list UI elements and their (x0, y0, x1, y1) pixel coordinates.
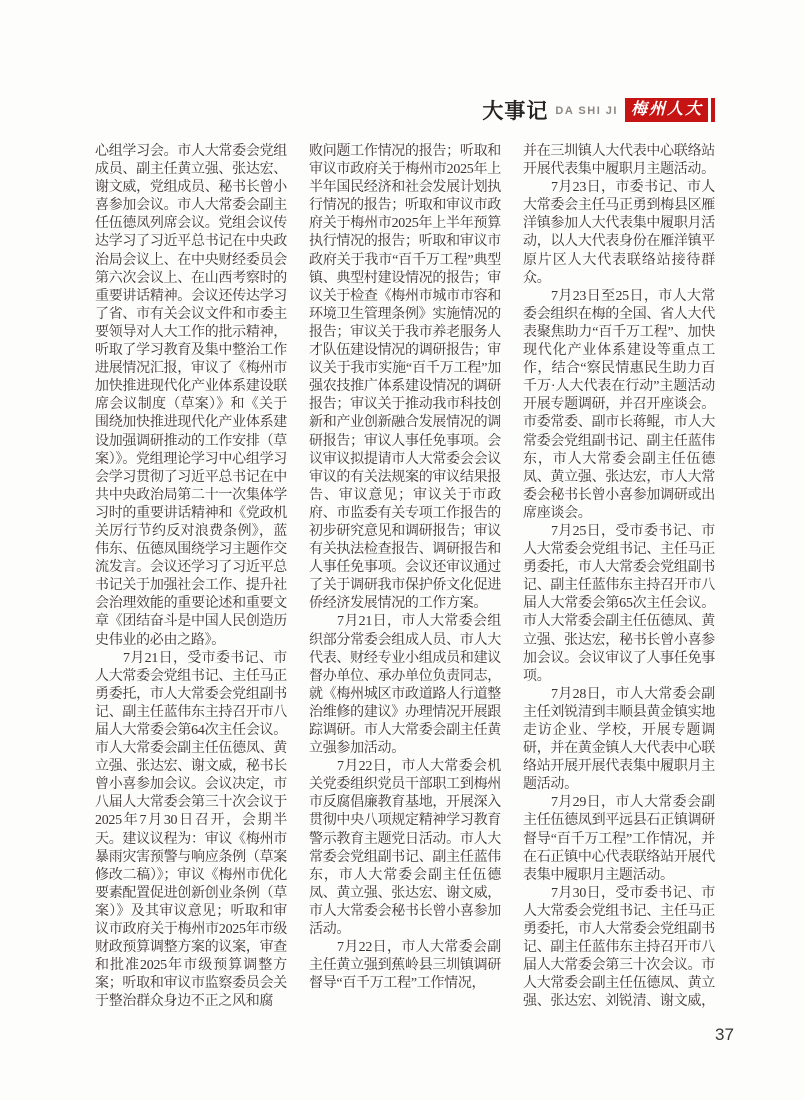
paragraph: 败问题工作情况的报告；听取和审议市政府关于梅州市2025年上半年国民经济和社会发… (309, 143, 501, 613)
section-title-pinyin: DA SHI JI (555, 105, 618, 117)
paragraph: 并在三圳镇人大代表中心联络站开展代表集中履职月主题活动。 (523, 143, 715, 179)
page-header: 大事记 DA SHI JI 梅州人大 (482, 96, 715, 124)
paragraph: 7月30日，受市委书记、市人大常委会党组书记、主任马正勇委托，市人大常委会党组副… (523, 885, 715, 1012)
article-body: 心组学习会。市人大常委会党组成员、副主任黄立强、张达宏、谢文威，党组成员、秘书长… (95, 143, 715, 1015)
page-number: 37 (715, 1025, 734, 1045)
paragraph: 7月21日，市人大常委会组织部分常委会组成人员、市人大代表、财经专业小组成员和建… (309, 613, 501, 758)
text-column-1: 心组学习会。市人大常委会党组成员、副主任黄立强、张达宏、谢文威，党组成员、秘书长… (95, 143, 287, 1015)
paragraph: 7月29日，市人大常委会副主任伍德凤到平远县石正镇调研督导“百千万工程”工作情况… (523, 794, 715, 884)
paragraph: 7月23日至25日，市人大常委会组织在梅的全国、省人大代表聚焦助力“百千万工程”… (523, 288, 715, 523)
section-title: 大事记 (482, 95, 548, 125)
paragraph: 7月22日，市人大常委会副主任黄立强到蕉岭县三圳镇调研督导“百千万工程”工作情况… (309, 939, 501, 993)
paragraph: 心组学习会。市人大常委会党组成员、副主任黄立强、张达宏、谢文威，党组成员、秘书长… (95, 143, 287, 650)
magazine-page: 大事记 DA SHI JI 梅州人大 心组学习会。市人大常委会党组成员、副主任黄… (0, 0, 805, 1100)
header-red-bar-decoration (711, 98, 715, 122)
text-column-2: 败问题工作情况的报告；听取和审议市政府关于梅州市2025年上半年国民经济和社会发… (309, 143, 501, 1015)
publication-badge: 梅州人大 (625, 98, 708, 122)
paragraph: 7月21日，受市委书记、市人大常委会党组书记、主任马正勇委托，市人大常委会党组副… (95, 650, 287, 1012)
paragraph: 7月22日，市人大常委会机关党委组织党员干部职工到梅州市反腐倡廉教育基地，开展深… (309, 758, 501, 939)
paragraph: 7月25日，受市委书记、市人大常委会党组书记、主任马正勇委托，市人大常委会党组副… (523, 523, 715, 686)
paragraph: 7月28日，市人大常委会副主任刘锐清到丰顺县黄金镇实地走访企业、学校，开展专题调… (523, 686, 715, 795)
text-column-3: 并在三圳镇人大代表中心联络站开展代表集中履职月主题活动。 7月23日，市委书记、… (523, 143, 715, 1015)
paragraph: 7月23日，市委书记、市人大常委会主任马正勇到梅县区雁洋镇参加人大代表集中履职月… (523, 179, 715, 288)
